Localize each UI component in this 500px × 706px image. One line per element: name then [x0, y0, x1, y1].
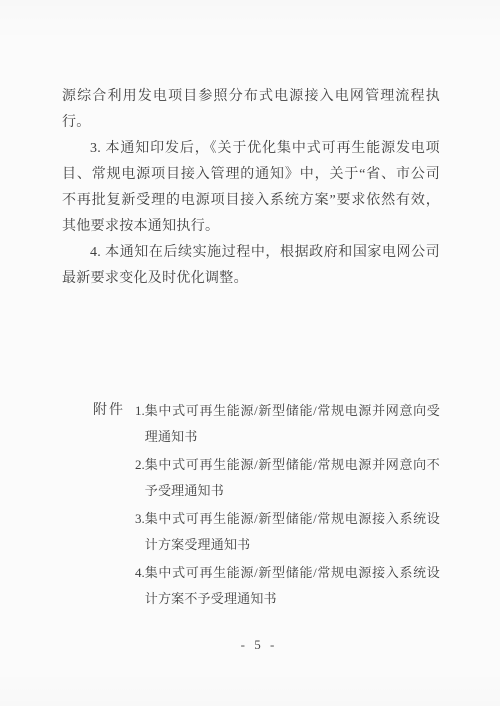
attachment-number: 4.: [135, 560, 145, 586]
paragraph-item-3: 3. 本通知印发后，《关于优化集中式可再生能源发电项目、常规电源项目接入管理的通…: [62, 136, 440, 240]
page-number: - 5 -: [0, 637, 500, 653]
attachment-number: 3.: [135, 506, 145, 532]
attachment-number: 1.: [135, 398, 145, 424]
attachment-title: 集中式可再生能源/新型储能/常规电源并网意向不予受理通知书: [145, 452, 440, 504]
attachment-item-1: 1. 集中式可再生能源/新型储能/常规电源并网意向受理通知书: [135, 398, 440, 450]
attachment-number: 2.: [135, 452, 145, 478]
attachment-item-4: 4. 集中式可再生能源/新型储能/常规电源接入系统设计方案不予受理通知书: [135, 560, 440, 612]
attachment-item-2: 2. 集中式可再生能源/新型储能/常规电源并网意向不予受理通知书: [135, 452, 440, 504]
paragraph-continuation: 源综合利用发电项目参照分布式电源接入电网管理流程执行。: [62, 84, 440, 136]
paragraph-item-4: 4. 本通知在后续实施过程中，根据政府和国家电网公司最新要求变化及时优化调整。: [62, 240, 440, 292]
attachment-title: 集中式可再生能源/新型储能/常规电源并网意向受理通知书: [145, 398, 440, 450]
attachments-label: 附件: [93, 398, 135, 424]
document-body: 源综合利用发电项目参照分布式电源接入电网管理流程执行。 3. 本通知印发后，《关…: [62, 84, 440, 614]
attachment-title: 集中式可再生能源/新型储能/常规电源接入系统设计方案受理通知书: [145, 506, 440, 558]
attachment-title: 集中式可再生能源/新型储能/常规电源接入系统设计方案不予受理通知书: [145, 560, 440, 612]
document-page: 源综合利用发电项目参照分布式电源接入电网管理流程执行。 3. 本通知印发后，《关…: [0, 0, 500, 706]
attachment-item-3: 3. 集中式可再生能源/新型储能/常规电源接入系统设计方案受理通知书: [135, 506, 440, 558]
attachments-section: 附件 1. 集中式可再生能源/新型储能/常规电源并网意向受理通知书 2. 集中式…: [62, 398, 440, 614]
attachments-list: 1. 集中式可再生能源/新型储能/常规电源并网意向受理通知书 2. 集中式可再生…: [135, 398, 440, 614]
